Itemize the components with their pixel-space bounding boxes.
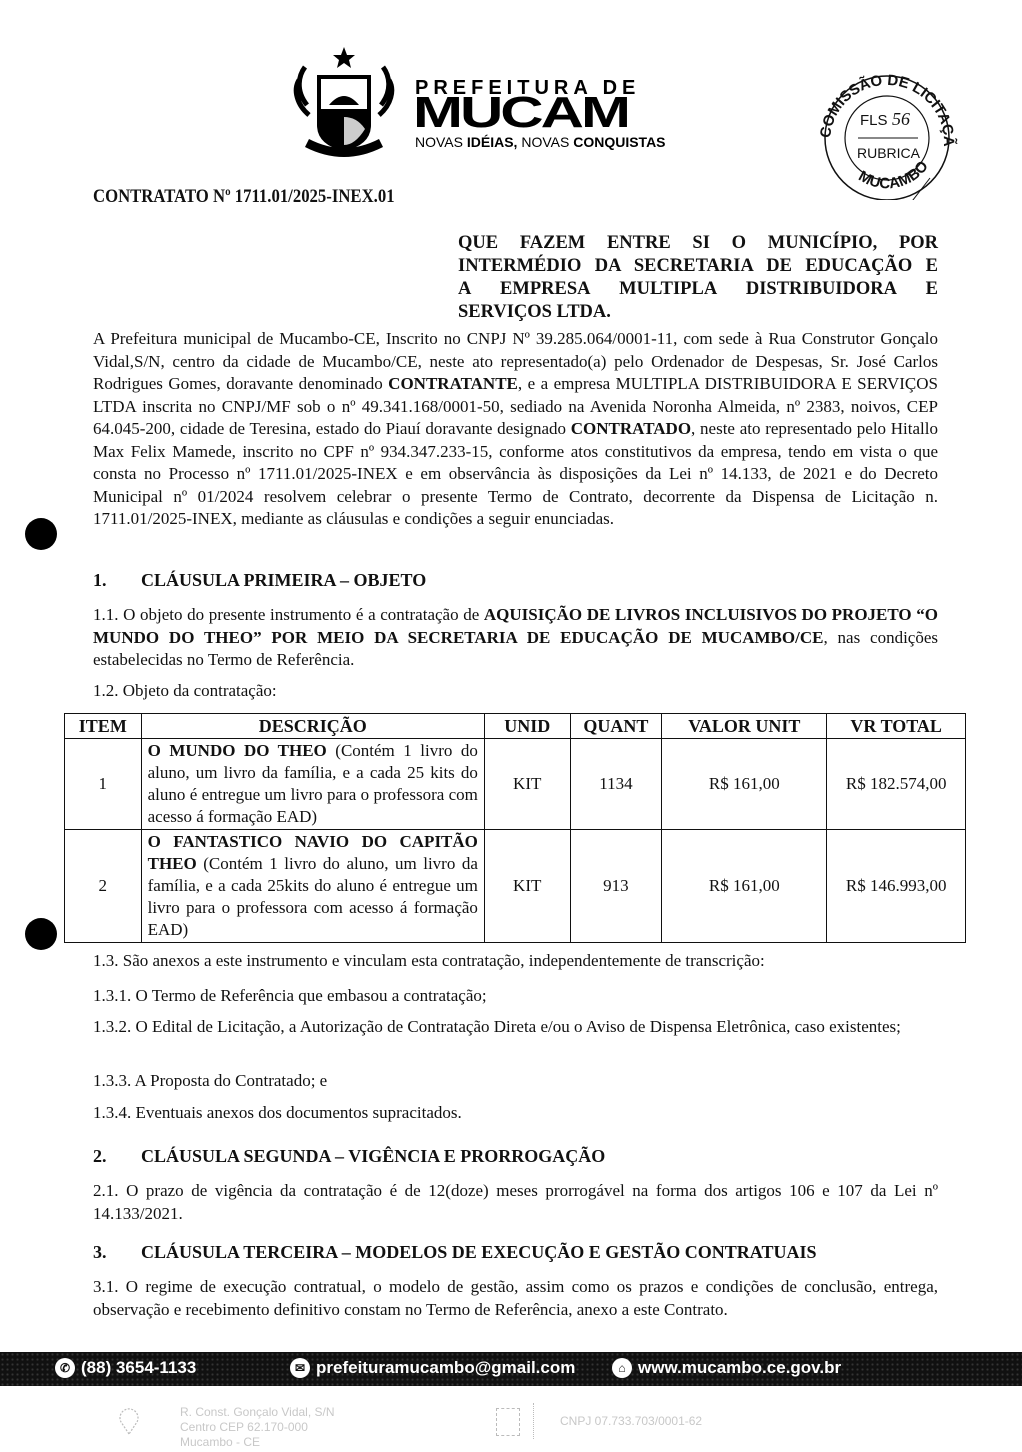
- clause-1-3-3: 1.3.3. A Proposta do Contratado; e: [93, 1071, 327, 1091]
- clause-text: 1.1. O objeto do presente instrumento é …: [93, 605, 484, 624]
- home-icon: ⌂: [612, 1358, 632, 1378]
- slogan-part: NOVAS: [517, 134, 573, 150]
- address-line: R. Const. Gonçalo Vidal, S/N: [180, 1405, 335, 1420]
- phone-icon: ✆: [55, 1358, 75, 1378]
- col-unit-price: VALOR UNIT: [662, 714, 827, 739]
- table-row: 2 O FANTASTICO NAVIO DO CAPITÃO THEO (Co…: [65, 830, 966, 943]
- preamble-line: SERVIÇOS LTDA.: [458, 301, 938, 324]
- svg-text:56: 56: [892, 109, 910, 129]
- address-line: Centro CEP 62.170-000: [180, 1420, 335, 1435]
- footer-contact-bar: ✆ (88) 3654-1133 ✉ prefeituramucambo@gma…: [0, 1352, 1022, 1386]
- email-text[interactable]: prefeituramucambo@gmail.com: [316, 1358, 575, 1378]
- footer-cnpj: CNPJ 07.733.703/0001-62: [560, 1414, 702, 1429]
- preamble-line: INTERMÉDIO DA SECRETARIA DE EDUCAÇÃO E: [458, 255, 938, 278]
- municipality-logo: PREFEITURA DE MUCAM NOVAS IDÉIAS, NOVAS …: [285, 45, 705, 165]
- contratado-label: CONTRATADO: [571, 419, 691, 438]
- punch-hole: [25, 918, 57, 950]
- product-details: (Contém 1 livro do aluno, um livro da fa…: [148, 854, 478, 939]
- website-text[interactable]: www.mucambo.ce.gov.br: [638, 1358, 841, 1378]
- preamble-line: QUE FAZEM ENTRE SI O MUNICÍPIO, POR: [458, 232, 938, 255]
- cell-unit-price: R$ 161,00: [662, 739, 827, 830]
- col-quantity: QUANT: [570, 714, 662, 739]
- footer-divider: [533, 1403, 534, 1439]
- clause-1-3: 1.3. São anexos a este instrumento e vin…: [93, 951, 765, 971]
- preamble-line: A EMPRESA MULTIPLA DISTRIBUIDORA E: [458, 278, 938, 301]
- clause-1-3-2: 1.3.2. O Edital de Licitação, a Autoriza…: [93, 1016, 938, 1039]
- contract-preamble: QUE FAZEM ENTRE SI O MUNICÍPIO, POR INTE…: [458, 232, 938, 324]
- clause-title: CLÁUSULA SEGUNDA – VIGÊNCIA E PRORROGAÇÃ…: [141, 1146, 605, 1166]
- mail-icon: ✉: [290, 1358, 310, 1378]
- bidding-committee-stamp: COMISSÃO DE LICITAÇÃO MUCAMBO FLS 56 RUB…: [812, 70, 962, 200]
- footer-address: R. Const. Gonçalo Vidal, S/N Centro CEP …: [180, 1405, 335, 1450]
- svg-text:RUBRICA: RUBRICA: [857, 145, 921, 161]
- col-unit: UNID: [484, 714, 570, 739]
- clause-title: CLÁUSULA TERCEIRA – MODELOS DE EXECUÇÃO …: [141, 1242, 816, 1262]
- col-total: VR TOTAL: [827, 714, 966, 739]
- footer-email[interactable]: ✉ prefeituramucambo@gmail.com: [290, 1358, 575, 1378]
- document-icon: [496, 1408, 520, 1436]
- svg-text:COMISSÃO DE LICITAÇÃO: COMISSÃO DE LICITAÇÃO: [812, 70, 958, 147]
- stamp-icon: COMISSÃO DE LICITAÇÃO MUCAMBO FLS 56 RUB…: [812, 70, 962, 200]
- brand-main-text: MUCAM: [413, 91, 628, 134]
- cell-item: 2: [65, 830, 142, 943]
- slogan-part: CONQUISTAS: [573, 134, 665, 150]
- clause-1-3-4: 1.3.4. Eventuais anexos dos documentos s…: [93, 1103, 462, 1123]
- cell-unit: KIT: [484, 830, 570, 943]
- cell-quantity: 1134: [570, 739, 662, 830]
- clause-3-heading: 3.CLÁUSULA TERCEIRA – MODELOS DE EXECUÇÃ…: [93, 1242, 816, 1263]
- table-row: 1 O MUNDO DO THEO (Contém 1 livro do alu…: [65, 739, 966, 830]
- address-line: Mucambo - CE: [180, 1435, 335, 1450]
- location-pin-icon: [118, 1408, 140, 1436]
- clause-1-2: 1.2. Objeto da contratação:: [93, 681, 277, 701]
- clause-1-heading: 1.CLÁUSULA PRIMEIRA – OBJETO: [93, 570, 426, 591]
- col-item: ITEM: [65, 714, 142, 739]
- cell-total: R$ 146.993,00: [827, 830, 966, 943]
- slogan-part: NOVAS: [415, 134, 467, 150]
- clause-2-heading: 2.CLÁUSULA SEGUNDA – VIGÊNCIA E PRORROGA…: [93, 1146, 605, 1167]
- clause-2-1: 2.1. O prazo de vigência da contratação …: [93, 1180, 938, 1225]
- cell-quantity: 913: [570, 830, 662, 943]
- cell-item: 1: [65, 739, 142, 830]
- phone-text: (88) 3654-1133: [81, 1358, 196, 1378]
- slogan-part: IDÉIAS,: [467, 134, 518, 150]
- brand-slogan: NOVAS IDÉIAS, NOVAS CONQUISTAS: [415, 134, 666, 150]
- clause-number: 3.: [93, 1242, 141, 1263]
- clause-1-3-1: 1.3.1. O Termo de Referência que embasou…: [93, 986, 487, 1006]
- intro-paragraph: A Prefeitura municipal de Mucambo-CE, In…: [93, 328, 938, 531]
- clause-title: CLÁUSULA PRIMEIRA – OBJETO: [141, 570, 426, 590]
- table-header-row: ITEM DESCRIÇÃO UNID QUANT VALOR UNIT VR …: [65, 714, 966, 739]
- crest-icon: [285, 45, 403, 163]
- clause-1-1: 1.1. O objeto do presente instrumento é …: [93, 604, 938, 672]
- svg-text:FLS: FLS: [860, 112, 888, 129]
- clause-3-1: 3.1. O regime de execução contratual, o …: [93, 1276, 938, 1321]
- footer-phone: ✆ (88) 3654-1133: [55, 1358, 196, 1378]
- col-description: DESCRIÇÃO: [141, 714, 484, 739]
- svg-text:MUCAMBO: MUCAMBO: [856, 158, 932, 193]
- footer-website[interactable]: ⌂ www.mucambo.ce.gov.br: [612, 1358, 841, 1378]
- punch-hole: [25, 518, 57, 550]
- product-name: O MUNDO DO THEO: [148, 741, 327, 760]
- items-table: ITEM DESCRIÇÃO UNID QUANT VALOR UNIT VR …: [64, 713, 966, 943]
- contratante-label: CONTRATANTE: [388, 374, 518, 393]
- clause-number: 2.: [93, 1146, 141, 1167]
- clause-number: 1.: [93, 570, 141, 591]
- cell-unit: KIT: [484, 739, 570, 830]
- cell-description: O FANTASTICO NAVIO DO CAPITÃO THEO (Cont…: [141, 830, 484, 943]
- cell-description: O MUNDO DO THEO (Contém 1 livro do aluno…: [141, 739, 484, 830]
- contract-title: CONTRATATO Nº 1711.01/2025-INEX.01: [93, 186, 395, 208]
- cell-total: R$ 182.574,00: [827, 739, 966, 830]
- cell-unit-price: R$ 161,00: [662, 830, 827, 943]
